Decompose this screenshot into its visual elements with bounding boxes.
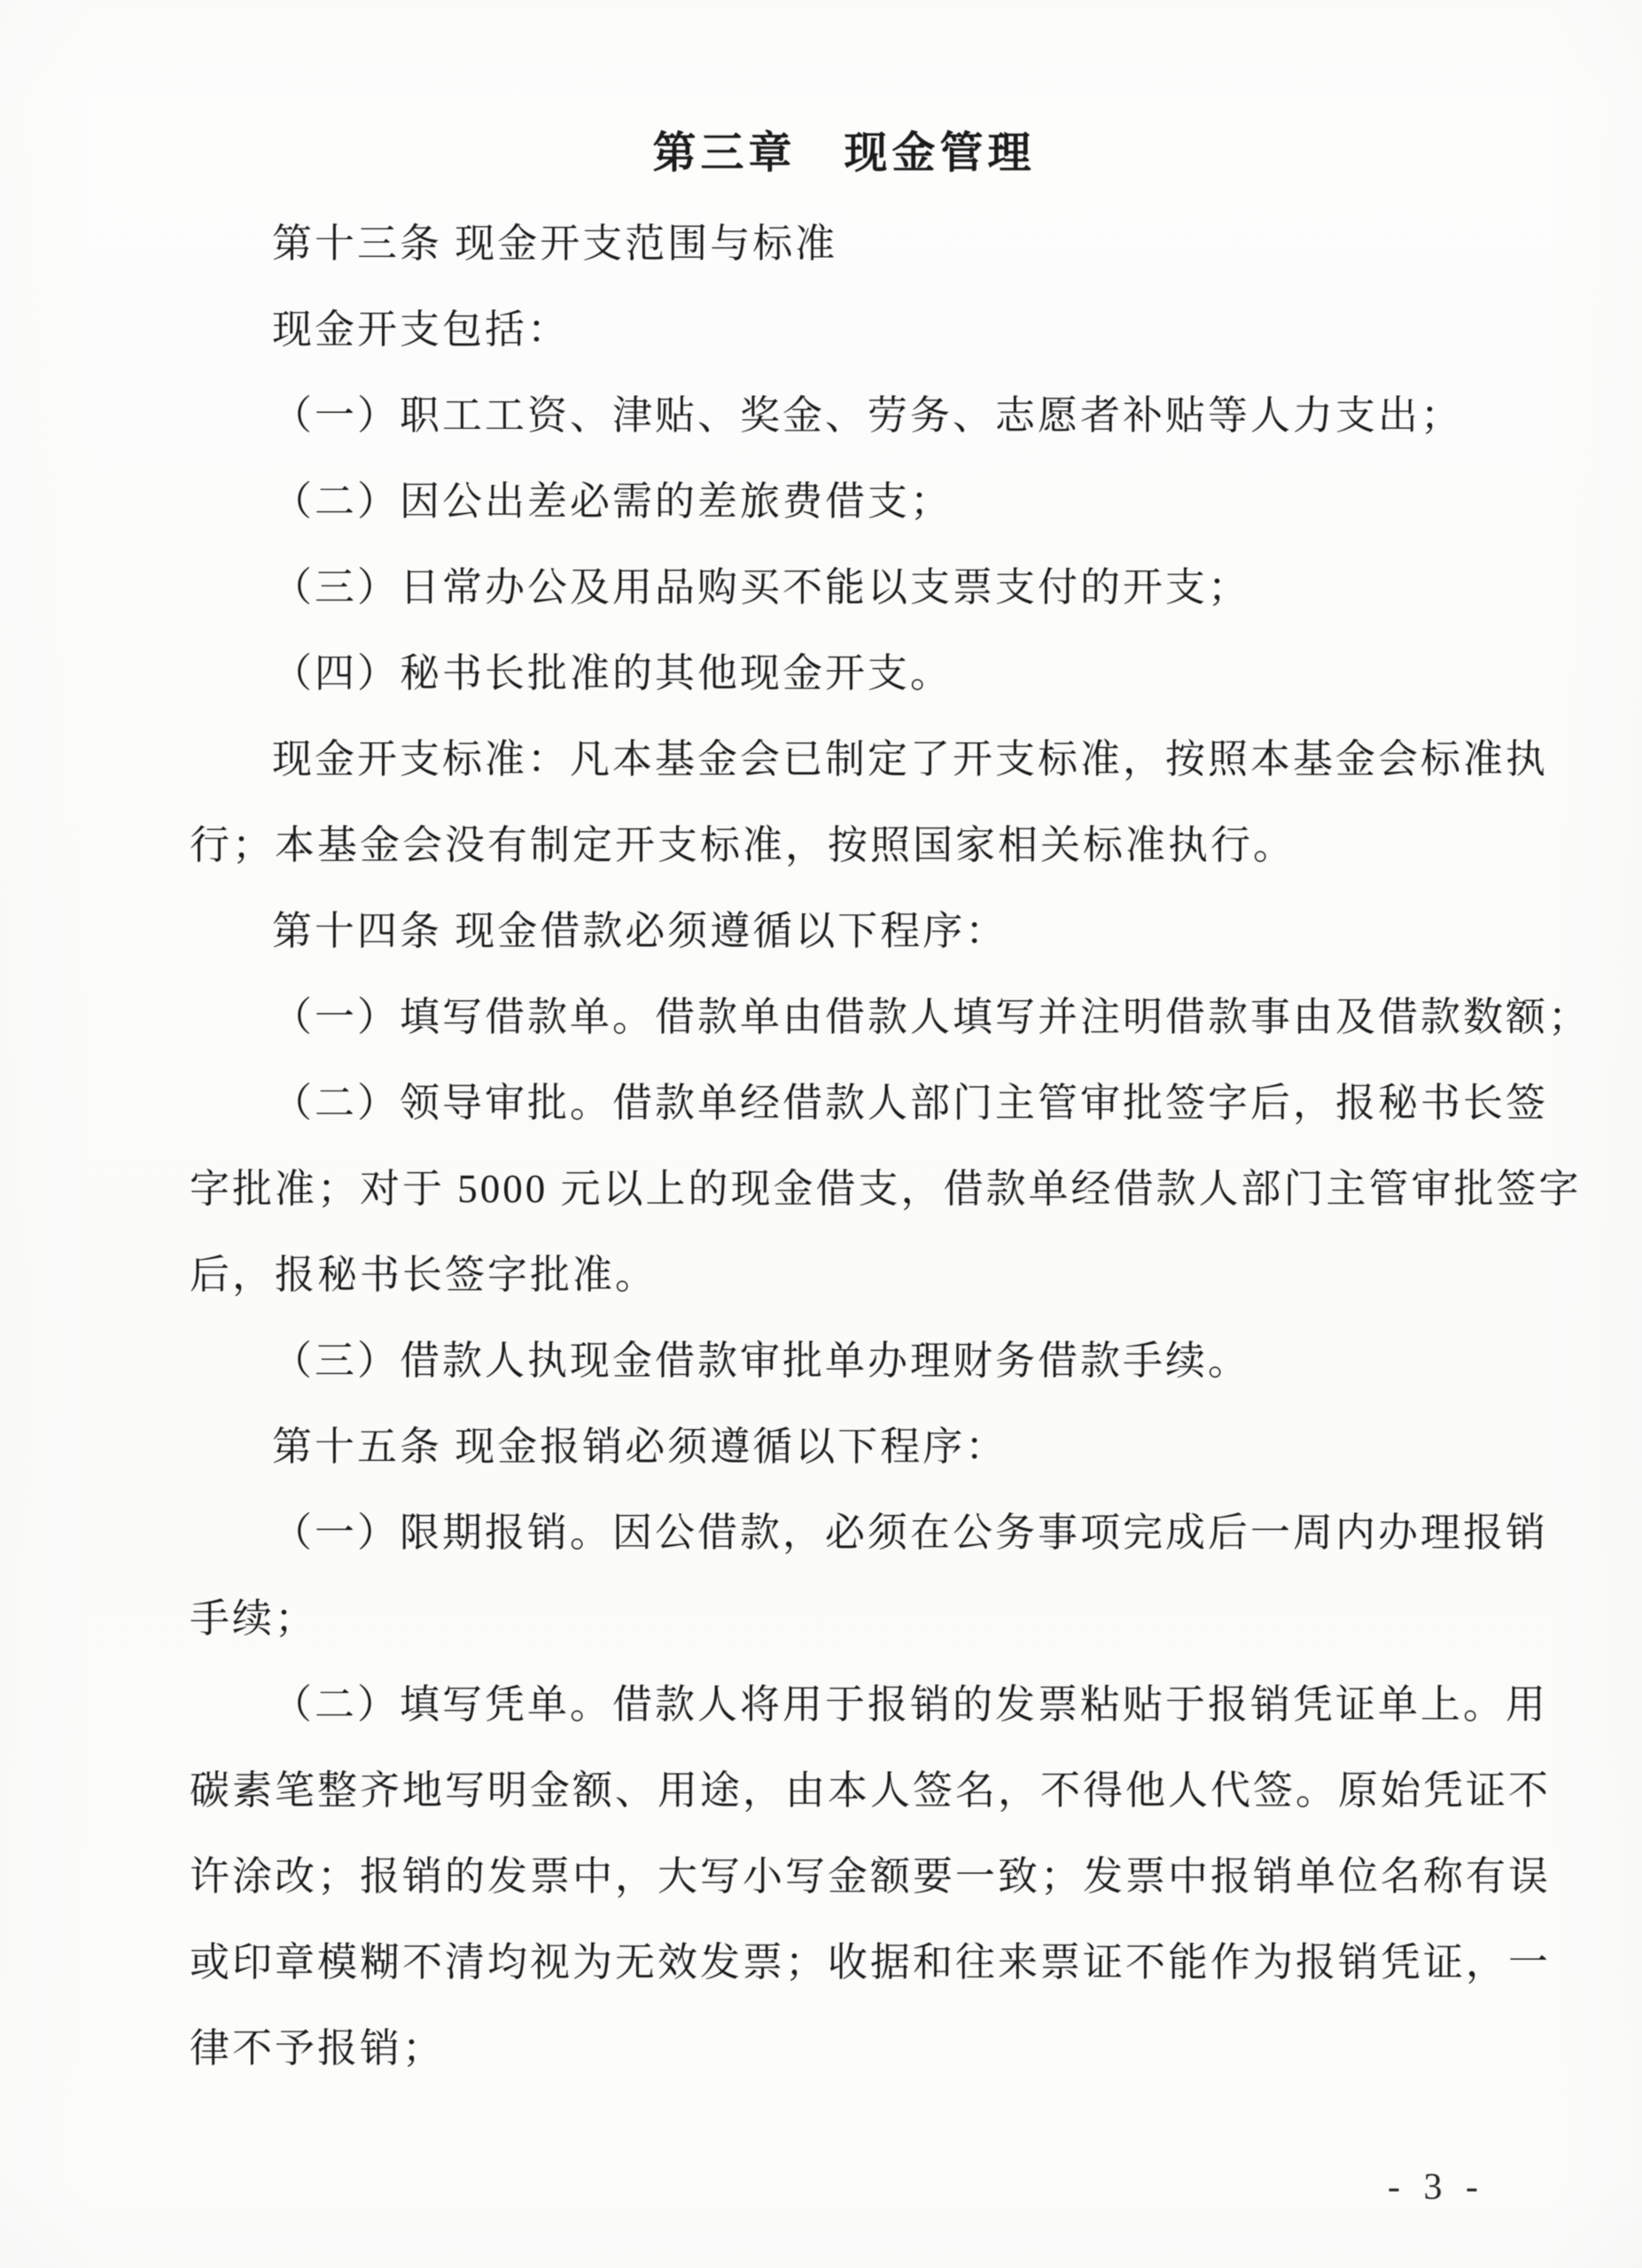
paragraph-line: 字批准；对于 5000 元以上的现金借支，借款单经借款人部门主管审批签字: [190, 1146, 1559, 1232]
paragraph-line: 手续；: [190, 1576, 1559, 1662]
article-heading: 第十五条 现金报销必须遵循以下程序：: [190, 1404, 1559, 1490]
document-content: 第三章 现金管理 第十三条 现金开支范围与标准 现金开支包括： （一）职工工资、…: [0, 0, 1642, 2268]
list-item: （二）领导审批。借款单经借款人部门主管审批签字后，报秘书长签: [190, 1060, 1559, 1146]
list-item: （一）职工工资、津贴、奖金、劳务、志愿者补贴等人力支出；: [190, 373, 1559, 459]
list-item: （四）秘书长批准的其他现金开支。: [190, 631, 1559, 717]
page-number: - 3 -: [1388, 2156, 1485, 2218]
chapter-heading: 第三章 现金管理: [23, 113, 1642, 193]
list-item: （三）日常办公及用品购买不能以支票支付的开支；: [190, 545, 1559, 631]
paragraph-line: 现金开支标准：凡本基金会已制定了开支标准，按照本基金会标准执: [190, 717, 1559, 803]
paragraph-line: 碳素笔整齐地写明金额、用途，由本人签名，不得他人代签。原始凭证不: [190, 1748, 1559, 1834]
list-item: （二）填写凭单。借款人将用于报销的发票粘贴于报销凭证单上。用: [190, 1662, 1559, 1748]
list-item: （三）借款人执现金借款审批单办理财务借款手续。: [190, 1318, 1559, 1404]
list-item: （一）限期报销。因公借款，必须在公务事项完成后一周内办理报销: [190, 1490, 1559, 1576]
list-item: （一）填写借款单。借款单由借款人填写并注明借款事由及借款数额；: [190, 975, 1559, 1060]
paragraph-line: 后，报秘书长签字批准。: [190, 1232, 1559, 1318]
article-heading: 第十三条 现金开支范围与标准: [190, 201, 1559, 287]
list-item: （二）因公出差必需的差旅费借支；: [190, 459, 1559, 545]
paragraph-line: 或印章模糊不清均视为无效发票；收据和往来票证不能作为报销凭证，一: [190, 1920, 1559, 2006]
paragraph-line: 许涂改；报销的发票中，大写小写金额要一致；发票中报销单位名称有误: [190, 1834, 1559, 1920]
article-heading: 第十四条 现金借款必须遵循以下程序：: [190, 889, 1559, 975]
paragraph-line: 律不予报销；: [190, 2006, 1559, 2092]
paragraph-line: 现金开支包括：: [190, 287, 1559, 373]
scanned-document-page: 第三章 现金管理 第十三条 现金开支范围与标准 现金开支包括： （一）职工工资、…: [0, 0, 1642, 2268]
paragraph-line: 行；本基金会没有制定开支标准，按照国家相关标准执行。: [190, 803, 1559, 889]
document-body: 第十三条 现金开支范围与标准 现金开支包括： （一）职工工资、津贴、奖金、劳务、…: [190, 201, 1559, 2092]
